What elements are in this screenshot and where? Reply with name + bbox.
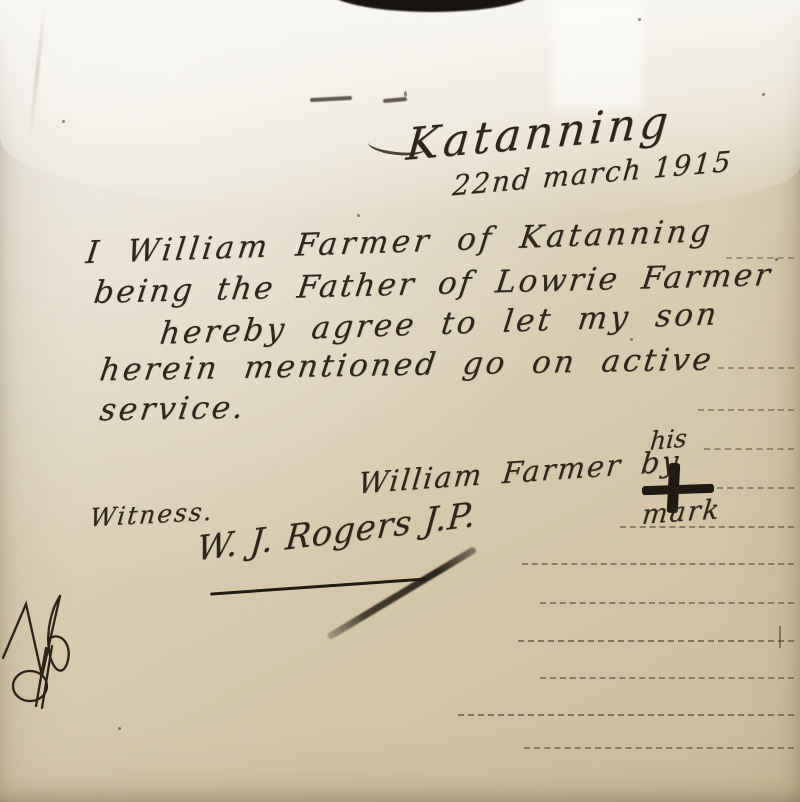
paper-crease-line — [29, 0, 47, 140]
witness-signature: W. J. Rogers J.P. — [195, 494, 478, 569]
dotted-guide-line — [540, 677, 794, 679]
paper-top-highlight — [0, 0, 800, 218]
dotted-guide-line — [518, 640, 794, 642]
paper-speck — [762, 93, 765, 96]
paper-speck — [118, 727, 121, 730]
diagonal-pencil-smudge — [326, 546, 477, 641]
paper-speck — [62, 120, 65, 123]
mark-label: mark — [640, 494, 722, 531]
paper-speck — [775, 258, 778, 261]
witness-label: Witness. — [89, 497, 216, 533]
paper-crease-highlight — [552, 0, 644, 112]
dotted-guide-line — [540, 602, 794, 604]
paper-speck — [404, 91, 407, 97]
dotted-guide-line — [458, 714, 794, 716]
dotted-guide-line — [524, 747, 794, 749]
margin-tick-mark — [779, 626, 781, 648]
dotted-guide-line — [698, 409, 794, 411]
dotted-guide-line — [718, 367, 794, 369]
dotted-guide-line — [522, 563, 794, 565]
paper-speck — [630, 338, 633, 341]
paper-speck — [357, 214, 360, 217]
scan-edge-shadow — [326, 0, 538, 12]
signature-line: William Farmer by — [357, 444, 682, 501]
document-page: Katanning 22nd march 1915 I William Farm… — [0, 0, 800, 802]
ink-smudge — [310, 96, 352, 102]
ink-smudge — [383, 97, 407, 103]
initials-scribble-icon — [2, 590, 84, 712]
paper-speck — [638, 18, 641, 21]
dotted-guide-line — [704, 448, 794, 450]
body-line-5: service. — [97, 390, 248, 429]
